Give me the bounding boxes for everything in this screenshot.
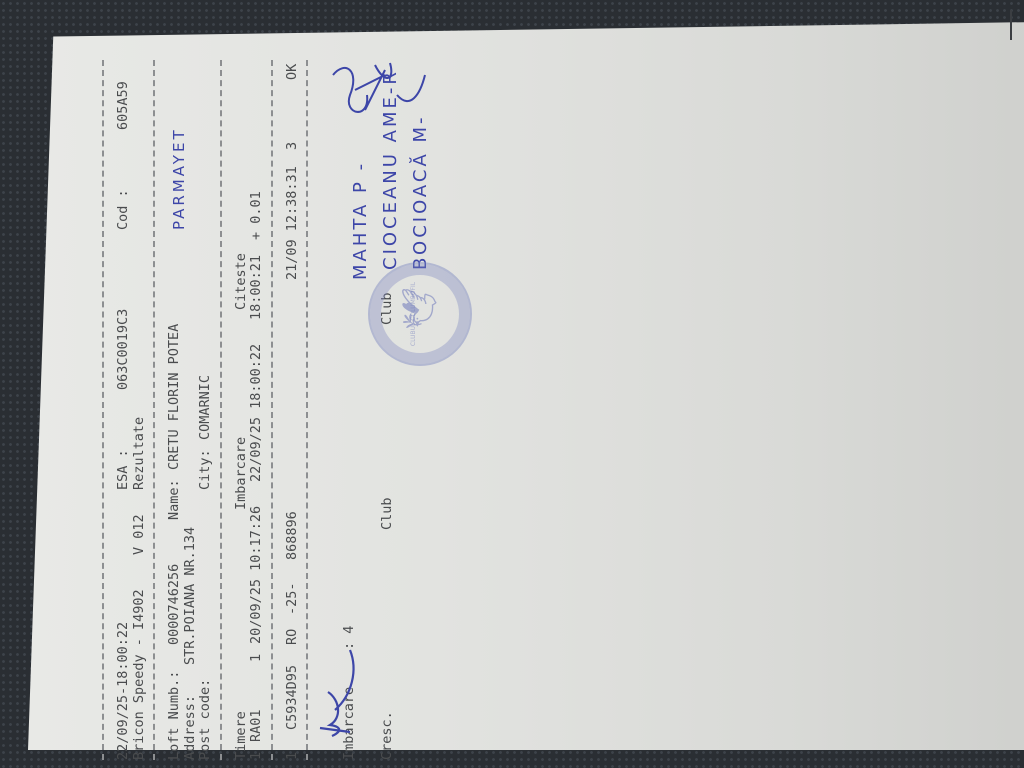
city-label: City: xyxy=(198,440,214,490)
dove-icon: 🕊 xyxy=(400,287,440,330)
pigeon-arrival: 21/09 12:38:31 xyxy=(285,150,301,280)
handwritten-name-3: BOCIOACĂ M- xyxy=(410,114,431,270)
cod-label: Cod : xyxy=(116,130,132,230)
owner-name: CRETU FLORIN POTEA xyxy=(167,324,183,470)
timer-row: 1 RA01 1 20/09/25 10:17:26 22/09/25 18:0… xyxy=(249,40,265,760)
divider xyxy=(102,60,116,760)
signature-breeder-icon xyxy=(310,640,380,740)
header-line-2: Bricon Speedy - I4902 V 012 Rezultate xyxy=(132,40,148,760)
col-imbarcare: Imbarcare xyxy=(234,310,250,510)
col-citeste: Citeste xyxy=(234,253,250,310)
paper-edge-mark xyxy=(1010,10,1012,40)
pigeon-index: 1 xyxy=(285,730,301,760)
timer-header: Timere Imbarcare Citeste xyxy=(234,40,250,760)
stamp-ring-text: CLUBUL COLUMBOFIL xyxy=(410,264,417,364)
pigeon-row: 1 C5934D95 RO -25- 868896 21/09 12:38:31… xyxy=(285,40,301,760)
signature-club-icon xyxy=(325,55,435,135)
divider xyxy=(271,60,285,760)
cresc-label: Cresc. xyxy=(380,530,396,760)
handwritten-name-1: MAHTA P - xyxy=(350,161,371,280)
esa-label: ESA : xyxy=(116,390,132,490)
timer-index: 1 xyxy=(249,742,265,760)
postcode-label: Post code: xyxy=(198,665,214,760)
timer-imbarcare: 20/09/25 10:17:26 xyxy=(249,482,265,644)
pigeon-chip: 868896 xyxy=(285,280,301,560)
header-line-1: 22/09/25-18:00:22 ESA : 063C0019C3 Cod :… xyxy=(116,40,132,760)
esa-value: 063C0019C3 xyxy=(116,230,132,390)
name-label: Name: xyxy=(167,470,183,520)
address-value: STR.POIANA NR.134 xyxy=(183,527,199,665)
loft-label: Loft Numb.: xyxy=(167,645,183,760)
pigeon-place: 3 xyxy=(285,80,301,150)
pigeon-year: -25- xyxy=(285,560,301,615)
owner-line-3: Post code: City: COMARNIC xyxy=(198,40,214,760)
timer-citeste: 22/09/25 18:00:22 xyxy=(249,320,265,482)
divider xyxy=(220,60,234,760)
device-name: Bricon Speedy - I4902 xyxy=(132,555,148,760)
timer-citeste-time: 18:00:21 xyxy=(249,240,265,320)
divider xyxy=(153,60,167,760)
city-value: COMARNIC xyxy=(198,375,214,440)
timer-diff: + 0.01 xyxy=(249,191,265,240)
timer-count: 1 xyxy=(249,644,265,662)
address-label: Address: xyxy=(183,665,199,760)
pigeon-country: RO xyxy=(285,615,301,645)
print-datetime: 22/09/25-18:00:22 xyxy=(116,490,132,760)
pigeon-status: OK xyxy=(285,64,301,80)
postcode-value xyxy=(198,490,214,665)
cod-value: 605A59 xyxy=(116,81,132,130)
club-stamp: 🕊 CLUBUL COLUMBOFIL xyxy=(368,262,472,366)
pigeon-ring: C5934D95 xyxy=(285,645,301,730)
handwritten-parmayet: PARMAYET xyxy=(170,127,188,230)
col-timere: Timere xyxy=(234,510,250,760)
device-version: V 012 xyxy=(132,490,148,555)
loft-number: 0000746256 xyxy=(167,520,183,645)
timer-id: RA01 xyxy=(249,662,265,742)
document-type: Rezultate xyxy=(132,417,148,490)
